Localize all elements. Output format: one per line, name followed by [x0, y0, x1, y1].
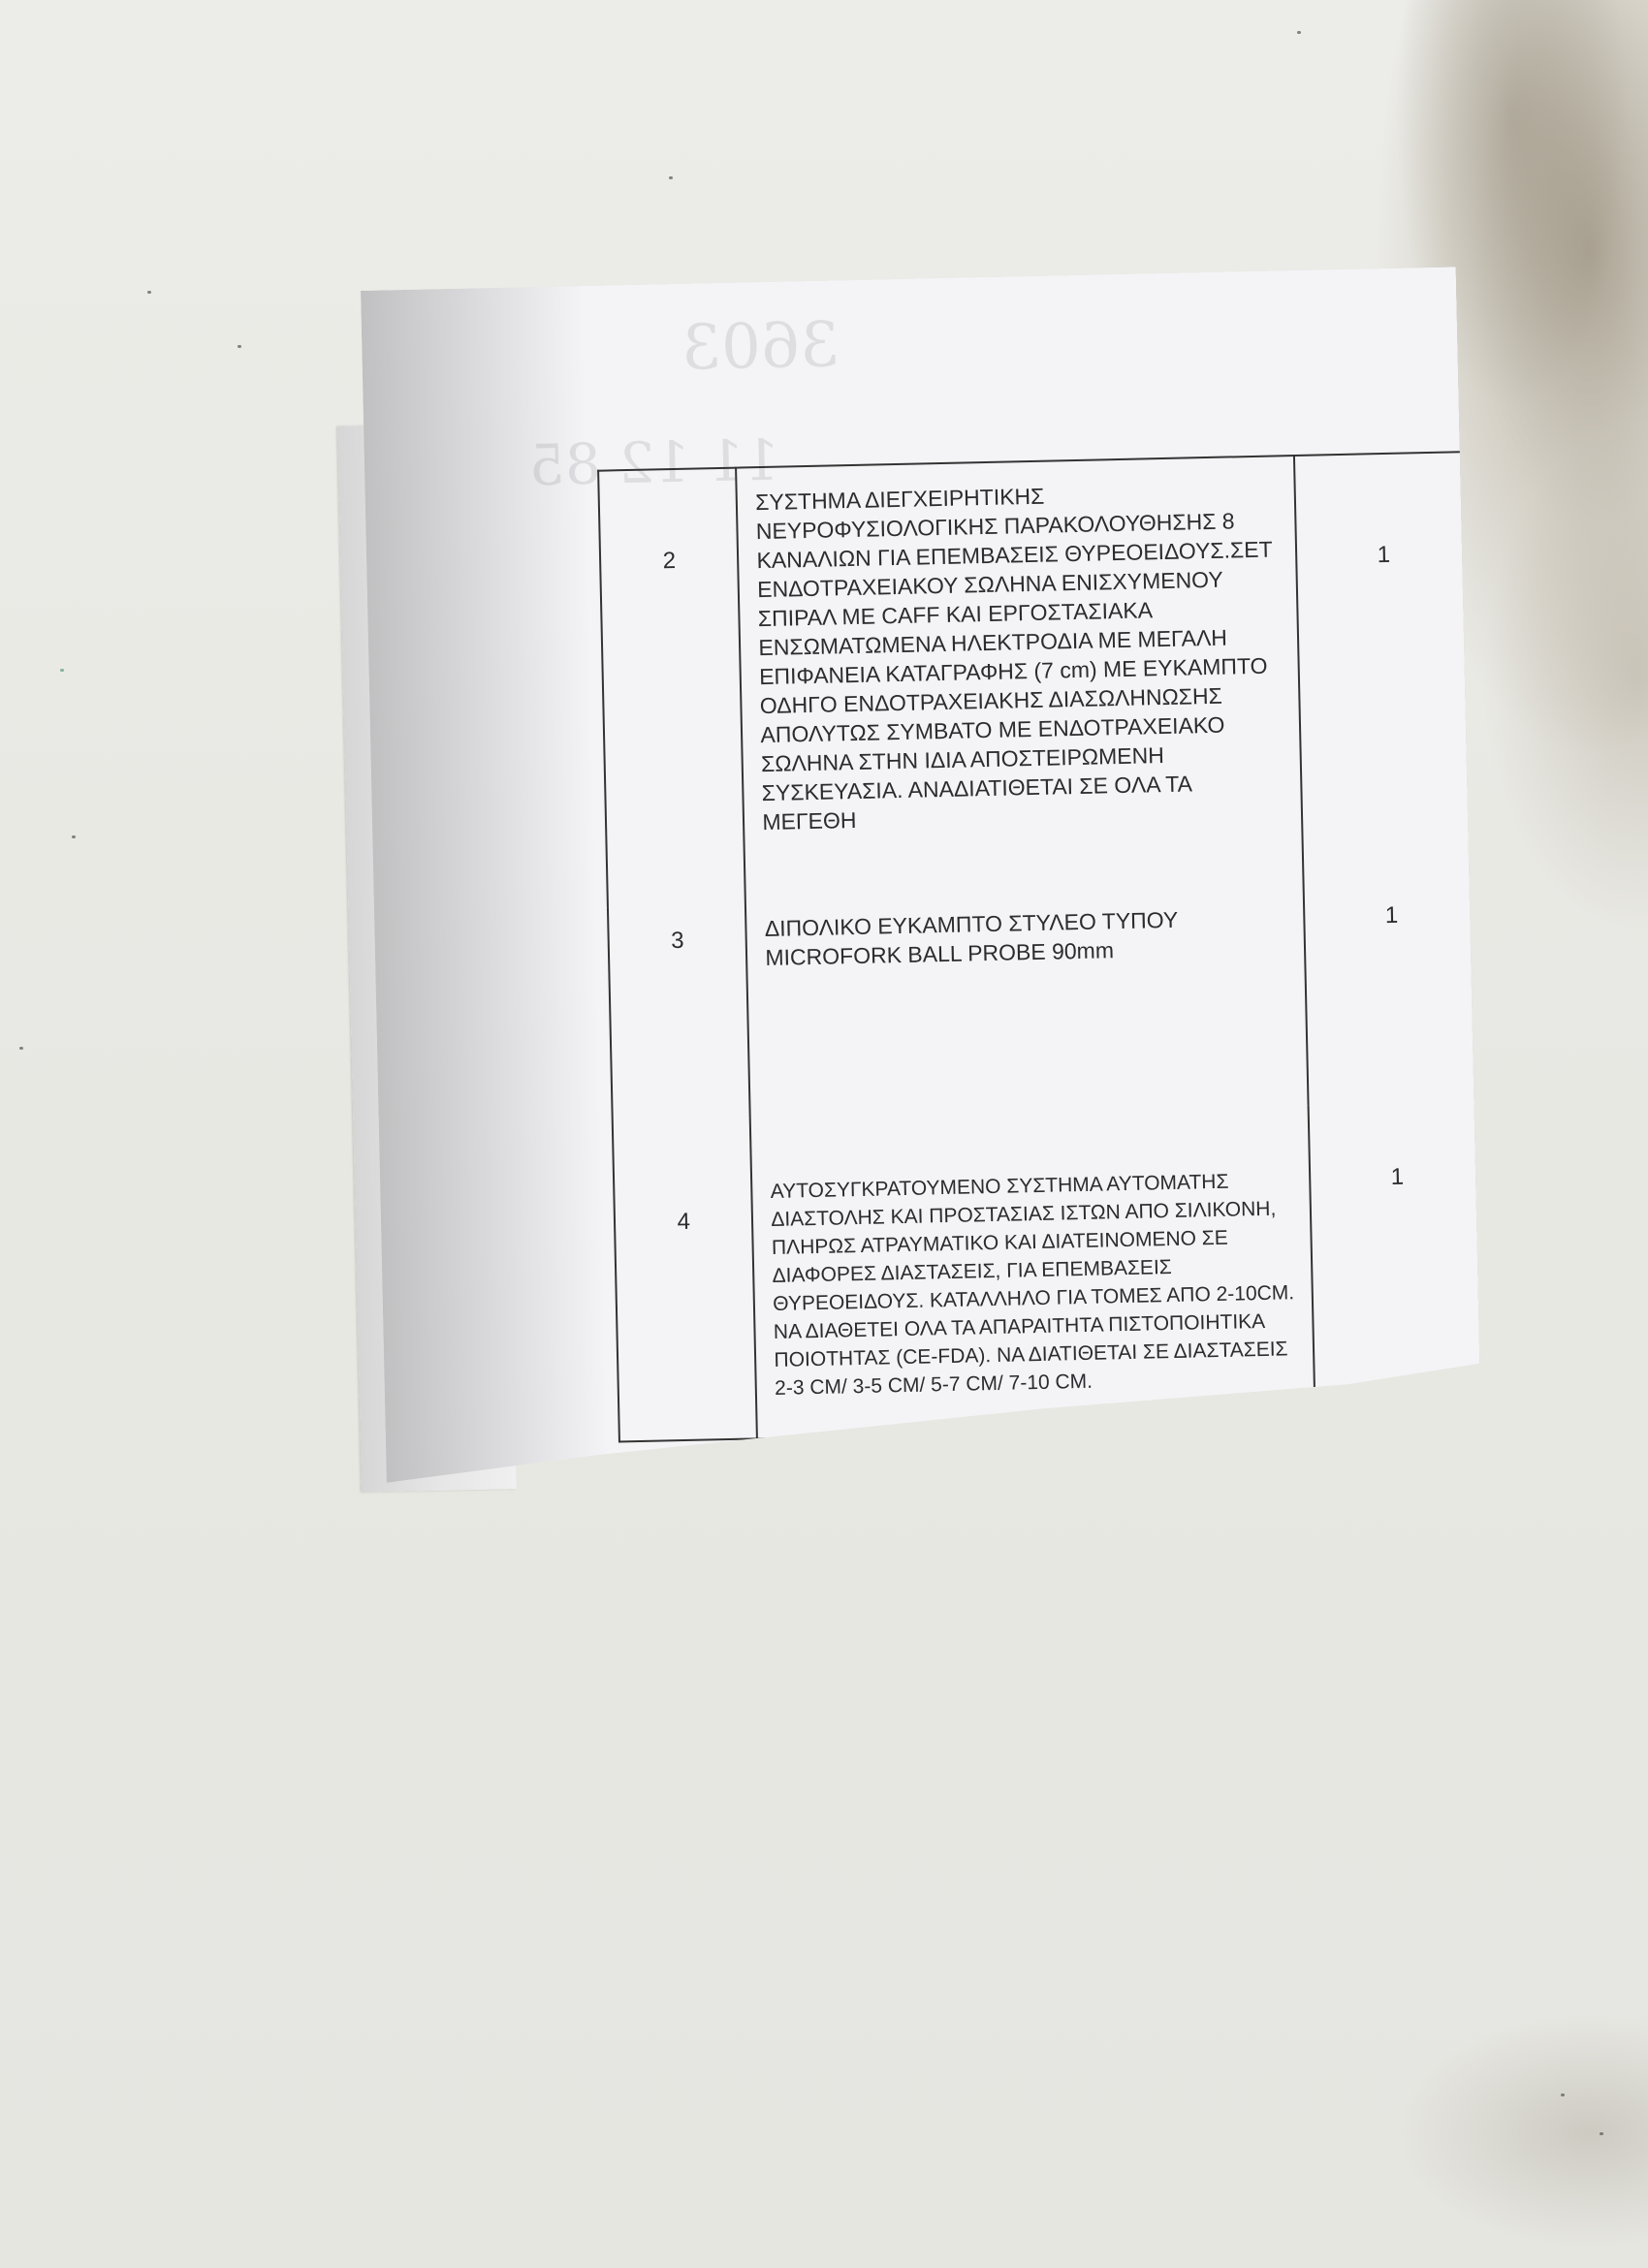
- item-quantity-cell: 1: [1294, 452, 1477, 893]
- bleed-through-number: 3603: [681, 309, 840, 385]
- dust-speck: [147, 291, 151, 294]
- dust-speck: [1600, 2132, 1603, 2135]
- item-number-cell: 2: [598, 468, 745, 908]
- item-number-cell: 3: [608, 904, 750, 1120]
- table-row: 3 ΔΙΠΟΛΙΚΟ ΕΥΚΑΜΠΤΟ ΣΤΥΛΕΟ ΤΥΠΟΥ MICROFO…: [608, 889, 1483, 1121]
- item-description-cell: ΣΥΣΤΗΜΑ ΔΙΕΓΧΕΙΡΗΤΙΚΗΣ ΝΕΥΡΟΦΥΣΙΟΛΟΓΙΚΗΣ…: [736, 456, 1304, 904]
- dust-speck: [72, 835, 76, 838]
- document-page: 3603 11 12 85 2 ΣΥΣΤΗΜΑ ΔΙΕΓΧΕΙΡΗΤΙΚΗΣ Ν…: [361, 267, 1482, 1482]
- item-number-cell: 4: [613, 1118, 758, 1441]
- dust-speck: [238, 345, 241, 348]
- table-row: 2 ΣΥΣΤΗΜΑ ΔΙΕΓΧΕΙΡΗΤΙΚΗΣ ΝΕΥΡΟΦΥΣΙΟΛΟΓΙΚ…: [598, 452, 1478, 907]
- item-quantity-cell: 1: [1304, 889, 1482, 1106]
- dust-speck: [60, 669, 64, 672]
- item-description-cell: ΔΙΠΟΛΙΚΟ ΕΥΚΑΜΠΤΟ ΣΤΥΛΕΟ ΤΥΠΟΥ MICROFORK…: [745, 893, 1309, 1118]
- dust-speck: [19, 1047, 23, 1050]
- item-description-cell: ΑΥΤΟΣΥΓΚΡΑΤΟΥΜΕΝΟ ΣΥΣΤΗΜΑ ΑΥΤΟΜΑΤΗΣ ΔΙΑΣ…: [750, 1106, 1315, 1438]
- items-table: 2 ΣΥΣΤΗΜΑ ΔΙΕΓΧΕΙΡΗΤΙΚΗΣ ΝΕΥΡΟΦΥΣΙΟΛΟΓΙΚ…: [597, 451, 1491, 1442]
- dust-speck: [1561, 2094, 1565, 2096]
- dust-speck: [669, 176, 673, 179]
- dust-speck: [1297, 31, 1301, 34]
